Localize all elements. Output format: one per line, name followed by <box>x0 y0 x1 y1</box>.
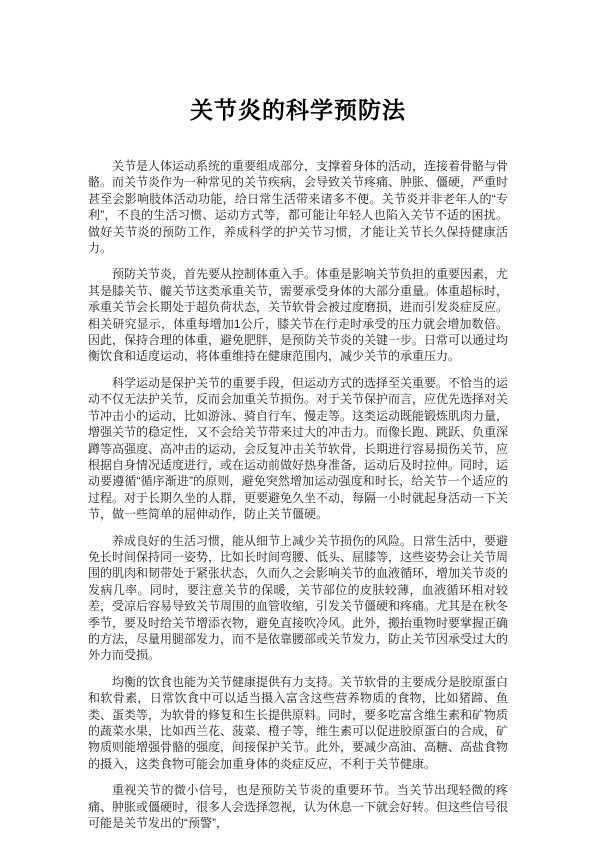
paragraph-warning-signals: 重视关节的微小信号，也是预防关节炎的重要环节。当关节出现轻微的疼痛、肿胀或僵硬时… <box>88 782 508 831</box>
paragraph-scientific-exercise: 科学运动是保护关节的重要手段，但运动方式的选择至关重要。不恰当的运动不仅无法护关… <box>88 375 508 523</box>
document-page: 关节炎的科学预防法 关节是人体运动系统的重要组成部分，支撑着身体的活动，连接着骨… <box>0 0 595 841</box>
paragraph-balanced-diet: 均衡的饮食也能为关节健康提供有力支持。关节软骨的主要成分是胶原蛋白和软骨素，日常… <box>88 674 508 772</box>
paragraph-weight-control: 预防关节炎，首先要从控制体重入手。体重是影响关节负担的重要因素，尤其是膝关节、髋… <box>88 266 508 364</box>
document-body: 关节是人体运动系统的重要组成部分，支撑着身体的活动，连接着骨骼与骨骼。而关节炎作… <box>88 158 508 831</box>
document-title: 关节炎的科学预防法 <box>88 97 508 123</box>
paragraph-lifestyle-habits: 养成良好的生活习惯，能从细节上减少关节损伤的风险。日常生活中，要避免长时间保持同… <box>88 533 508 664</box>
paragraph-intro: 关节是人体运动系统的重要组成部分，支撑着身体的活动，连接着骨骼与骨骼。而关节炎作… <box>88 158 508 256</box>
